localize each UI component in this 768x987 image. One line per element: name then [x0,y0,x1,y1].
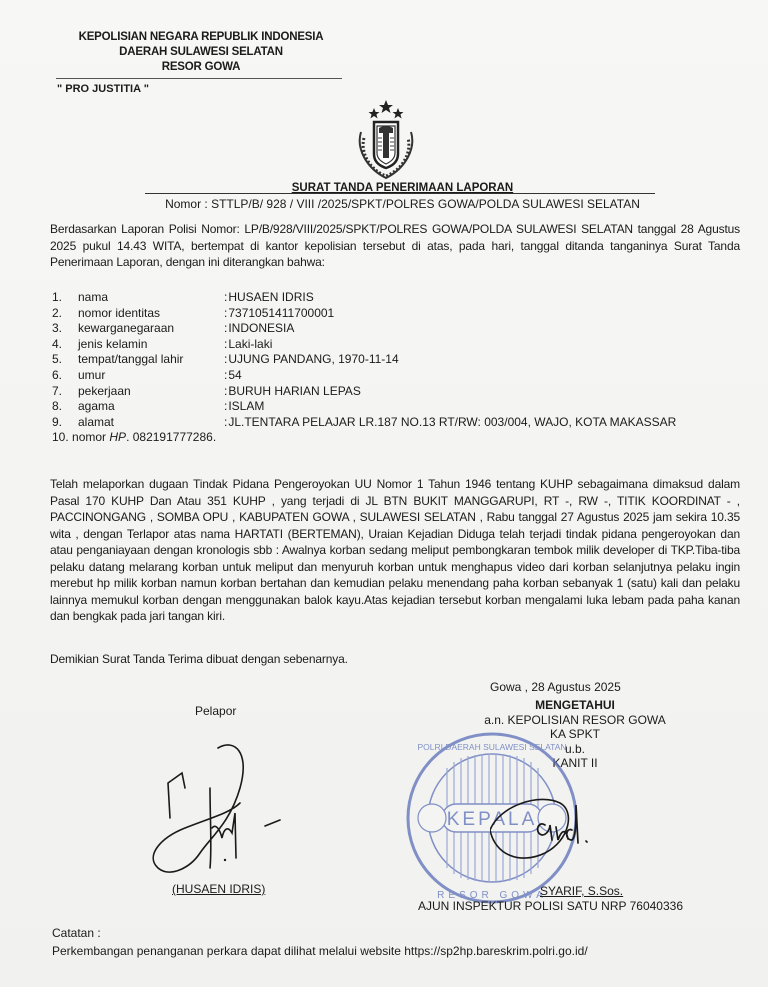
letterhead-divider [56,78,342,79]
identity-row-tempat-tanggal-lahir: 5.tempat/tanggal lahirUJUNG PANDANG, 197… [52,352,216,368]
identity-list: 1.namaHUSAEN IDRIS 2.nomor identitas7371… [52,290,216,446]
title-divider [145,193,655,194]
closing-statement: Demikian Surat Tanda Terima dibuat denga… [50,651,740,668]
letterhead-line-1: KEPOLISIAN NEGARA REPUBLIK INDONESIA [56,30,346,45]
official-signature-icon [490,785,620,865]
document-page: KEPOLISIAN NEGARA REPUBLIK INDONESIA DAE… [0,0,768,987]
an-label: a.n. KEPOLISIAN RESOR GOWA [450,713,700,728]
identity-row-alamat: 9.alamatJL.TENTARA PELAJAR LR.187 NO.13 … [52,415,216,431]
reporter-label: Pelapor [195,704,236,718]
letterhead: KEPOLISIAN NEGARA REPUBLIK INDONESIA DAE… [56,30,346,75]
identity-row-jenis-kelamin: 4.jenis kelaminLaki-laki [52,337,216,353]
intro-paragraph: Berdasarkan Laporan Polisi Nomor: LP/B/9… [50,221,740,271]
pro-justitia: " PRO JUSTITIA " [57,83,149,95]
stamp-top-text: POLRI DAERAH SULAWESI SELATAN [417,742,566,752]
note-text: Perkembangan penanganan perkara dapat di… [52,944,588,958]
identity-row-nama: 1.namaHUSAEN IDRIS [52,290,216,306]
letterhead-line-2: DAERAH SULAWESI SELATAN [56,45,346,60]
place-date: Gowa , 28 Agustus 2025 [490,680,621,694]
letterhead-line-3: RESOR GOWA [56,60,346,75]
identity-row-pekerjaan: 7.pekerjaanBURUH HARIAN LEPAS [52,384,216,400]
identity-row-nomor-identitas: 2.nomor identitas7371051411700001 [52,306,216,322]
identity-row-umur: 6.umur54 [52,368,216,384]
identity-row-kewarganegaraan: 3.kewarganegaraanINDONESIA [52,321,216,337]
mengetahui-label: MENGETAHUI [450,698,700,713]
report-paragraph: Telah melaporkan dugaan Tindak Pidana Pe… [50,476,740,625]
police-emblem-icon [352,98,420,180]
identity-row-nomor-hp: 10. nomor HP. 082191777286. [52,430,216,446]
note-label: Catatan : [52,926,101,940]
reporter-signature-icon [140,728,290,893]
reporter-name: (HUSAEN IDRIS) [172,882,265,896]
identity-row-agama: 8.agamaISLAM [52,399,216,415]
document-number: Nomor : STTLP/B/ 928 / VIII /2025/SPKT/P… [145,197,660,211]
official-rank: AJUN INSPEKTUR POLISI SATU NRP 76040336 [418,899,683,913]
official-name: SYARIF, S.Sos. [540,884,623,898]
